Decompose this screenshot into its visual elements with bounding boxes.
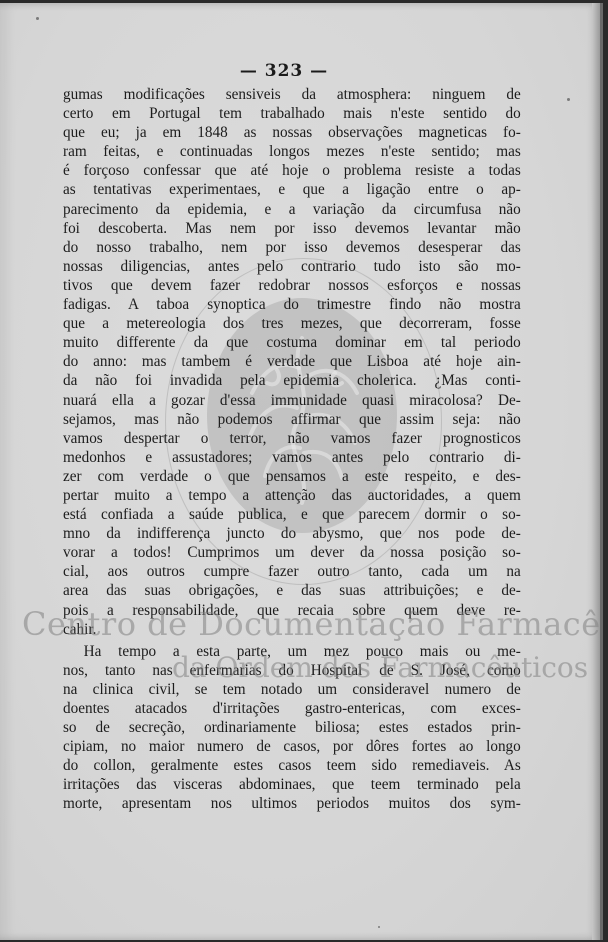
text-line: vamos despertar o terror, não vamos faze… xyxy=(63,429,521,448)
paragraph-1: gumas modificações sensiveis da atmosphe… xyxy=(63,85,521,639)
text-line: Ha tempo a esta parte, um mez pouco mais… xyxy=(63,642,521,661)
text-line: medonhos e assustadores; vamos antes pel… xyxy=(63,448,521,467)
text-line: tivos que devem fazer redobrar nossos es… xyxy=(63,276,521,295)
text-line: ram feitas, e continuadas longos mezes n… xyxy=(63,142,521,161)
text-line: vorar a todos! Cumprimos um dever da nos… xyxy=(63,543,521,562)
text-line: cahir. xyxy=(63,620,521,639)
text-line: do collon, geralmente estes casos teem s… xyxy=(63,756,521,775)
text-line: é forçoso confessar que até hoje o probl… xyxy=(63,161,521,180)
text-line: pois a responsabilidade, que recaia sobr… xyxy=(63,601,521,620)
text-line: sejamos, mas não podemos affirmar que as… xyxy=(63,410,521,429)
paper-speck xyxy=(567,98,570,101)
text-line: doentes atacados d'irritações gastro-ent… xyxy=(63,699,521,718)
paper-speck xyxy=(378,926,380,928)
text-line: as tentativas experimentaes, e que a lig… xyxy=(63,180,521,199)
paragraph-2: Ha tempo a esta parte, um mez pouco mais… xyxy=(63,642,521,814)
text-line: do nosso trabalho, nem por isso devemos … xyxy=(63,238,521,257)
text-line: cial, aos outros cumpre fazer outro tant… xyxy=(63,562,521,581)
text-line: area das suas obrigações, e das suas att… xyxy=(63,581,521,600)
text-line: fadigas. A taboa synoptica do trimestre … xyxy=(63,295,521,314)
text-line: na clinica civil, se tem notado um consi… xyxy=(63,680,521,699)
text-line: irritações das visceras abdominaes, que … xyxy=(63,775,521,794)
text-line: foi descoberta. Mas nem por isso devemos… xyxy=(63,219,521,238)
text-line: muito differente da que costuma dominar … xyxy=(63,333,521,352)
text-line: do anno: mas tambem é verdade que Lisboa… xyxy=(63,352,521,371)
text-line: está confiada a saúde publica, e que par… xyxy=(63,505,521,524)
text-line: nossas diligencias, antes pelo contrario… xyxy=(63,257,521,276)
text-line: zer com verdade o que pensamos a este re… xyxy=(63,467,521,486)
text-line: nos, tanto nas enfermarias do Hospital d… xyxy=(63,661,521,680)
text-line: morte, apresentam nos ultimos periodos m… xyxy=(63,794,521,813)
paper-speck xyxy=(36,17,39,20)
text-line: certo em Portugal tem trabalhado mais n'… xyxy=(63,104,521,123)
text-line: que a metereologia dos tres mezes, que d… xyxy=(63,314,521,333)
text-line: nuará ella a gozar d'essa immunidade qua… xyxy=(63,391,521,410)
text-line: mno da indifferença juncto do abysmo, qu… xyxy=(63,524,521,543)
text-line: parecimento da epidemia, e a variação da… xyxy=(63,200,521,219)
text-line: cipiam, no maior numero de casos, por dô… xyxy=(63,737,521,756)
page-edge xyxy=(592,3,600,940)
text-line: so de secreção, ordinariamente biliosa; … xyxy=(63,718,521,737)
text-line: que eu; ja em 1848 as nossas observações… xyxy=(63,123,521,142)
text-line: da não foi invadida pela epidemia choler… xyxy=(63,371,521,390)
text-line: gumas modificações sensiveis da atmosphe… xyxy=(63,85,521,104)
scanned-page: — 323 — gumas modificações sensiveis da … xyxy=(0,3,603,940)
page-number: — 323 — xyxy=(0,61,568,81)
text-line: pertar muito a tempo a attenção das auct… xyxy=(63,486,521,505)
body-text: gumas modificações sensiveis da atmosphe… xyxy=(63,85,521,814)
